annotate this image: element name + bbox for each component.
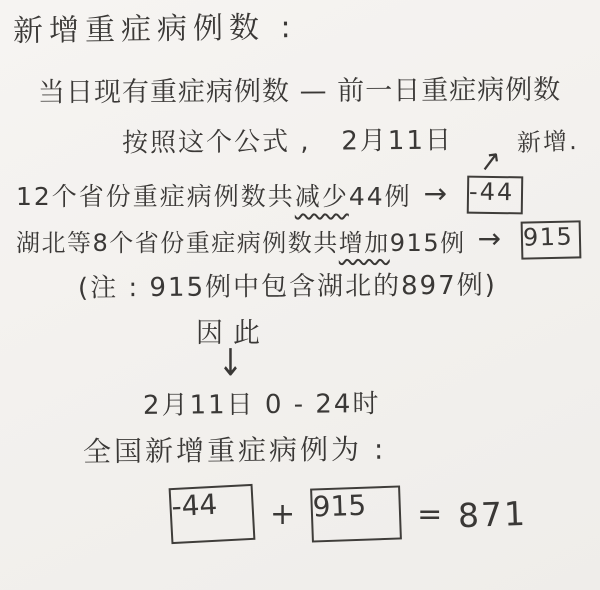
remark-line: (注 : 915例中包含湖北的897例)	[78, 271, 497, 305]
increase-line: 湖北等8个省份重症病例数共增加915例 → 915	[16, 221, 581, 259]
new-increase-annotation: 新增.	[517, 127, 580, 158]
formula-line: 当日现有重症病例数 — 前一日重症病例数	[38, 75, 561, 110]
decrease-text-post: 44例	[349, 177, 412, 213]
time-range-line: 2月11日 0 - 24时	[143, 389, 381, 422]
increase-value-box: 915	[520, 220, 581, 259]
plus-sign: +	[270, 497, 295, 532]
decrease-line: 12个省份重症病例数共减少44例 → -44	[16, 176, 523, 214]
method-date-line: 按照这个公式 , 2月11日	[122, 126, 453, 160]
right-arrow-icon: →	[478, 222, 503, 255]
equation-line: -44 + 915 = 871	[170, 486, 527, 542]
handwritten-note-page: 新增重症病例数 : 当日现有重症病例数 — 前一日重症病例数 按照这个公式 , …	[0, 0, 600, 590]
conclusion-label: 全国新增重症病例为 :	[83, 433, 387, 469]
equation-operand1-box: -44	[169, 484, 256, 544]
increase-text-pre: 湖北等8个省份重症病例数共	[16, 223, 339, 258]
increase-emphasis: 增加	[339, 223, 390, 258]
decrease-value-box: -44	[467, 176, 524, 215]
note-title: 新增重症病例数 :	[13, 10, 297, 50]
up-right-arrow-icon: ↗	[477, 145, 504, 180]
equation-result: 871	[458, 493, 528, 534]
down-arrow-icon: ↓	[218, 342, 243, 387]
increase-text-post: 915例	[390, 223, 466, 258]
equals-sign: =	[417, 497, 442, 532]
right-arrow-icon: →	[424, 177, 449, 210]
decrease-text-pre: 12个省份重症病例数共	[16, 177, 295, 213]
equation-operand2-box: 915	[310, 485, 402, 542]
decrease-emphasis: 减少	[295, 177, 349, 213]
